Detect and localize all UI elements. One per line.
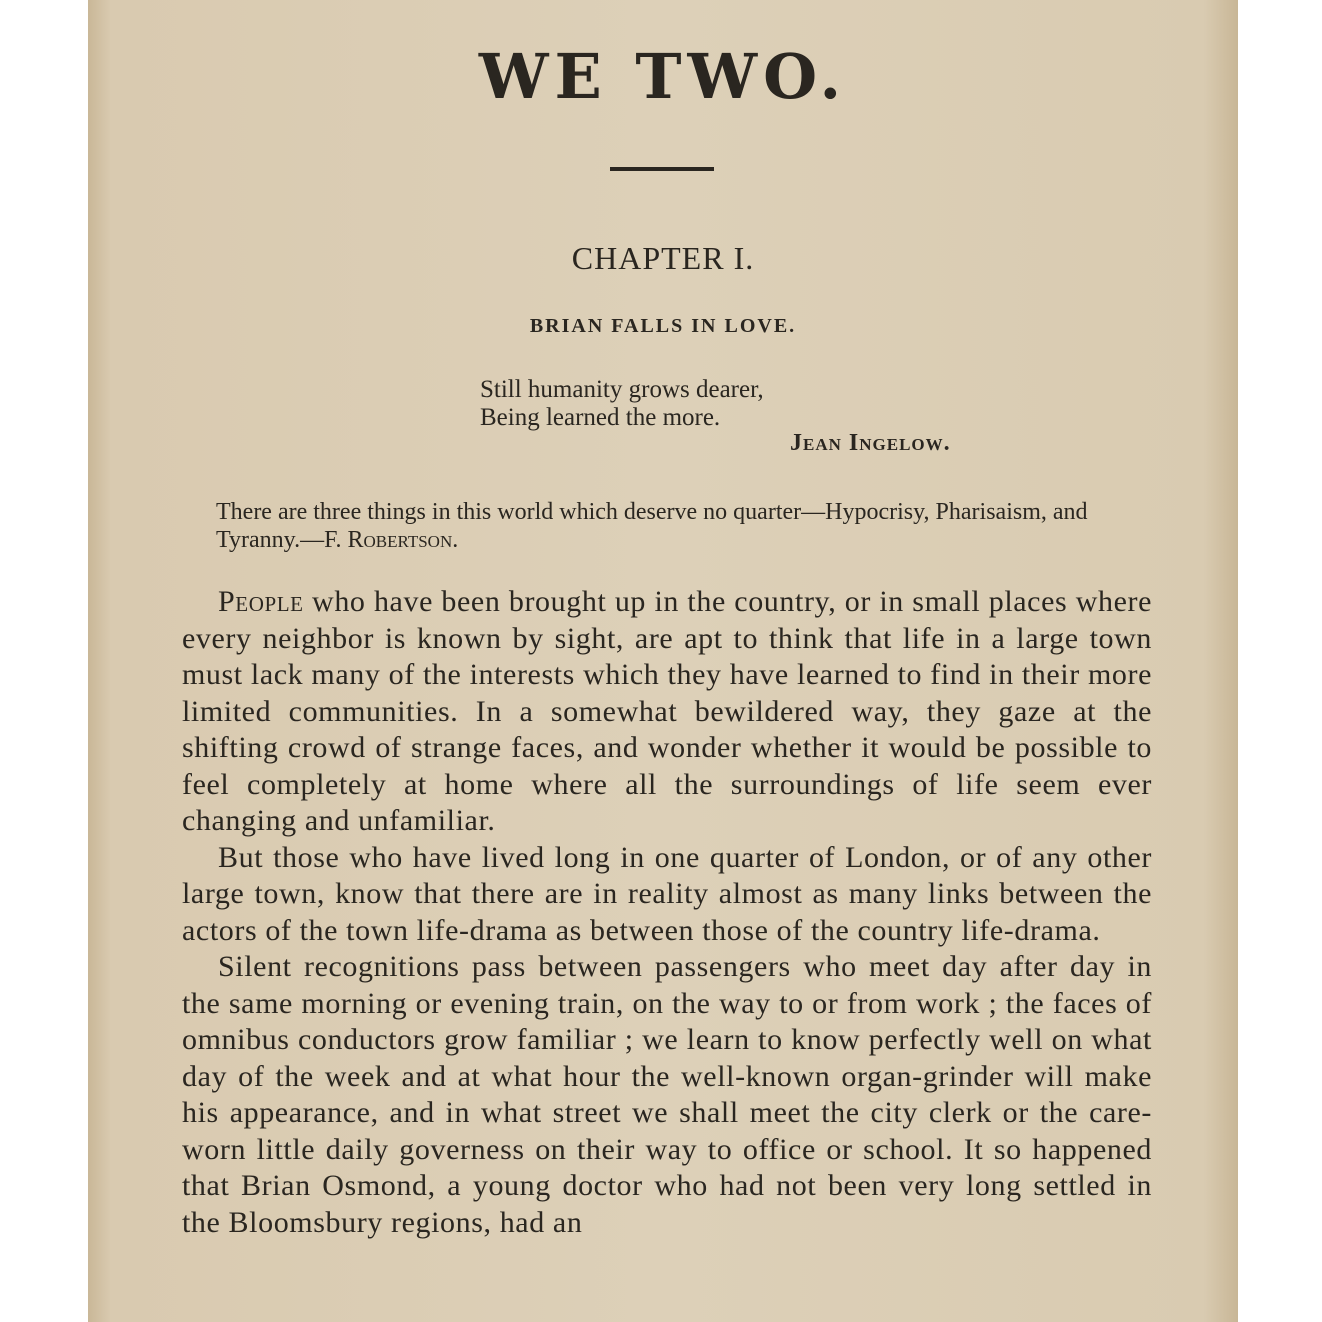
paragraph-1-text: who have been brought up in the country,… — [182, 585, 1152, 837]
paragraph-1: People who have been brought up in the c… — [182, 584, 1152, 840]
epigraph: Still humanity grows dearer, Being learn… — [480, 376, 764, 432]
epigraph-line-1: Still humanity grows dearer, — [480, 376, 764, 404]
book-page: WE TWO. CHAPTER I. BRIAN FALLS IN LOVE. … — [88, 0, 1238, 1322]
chapter-heading: CHAPTER I. — [88, 240, 1238, 277]
epigraph-line-2: Being learned the more. — [480, 404, 764, 432]
quote-author: F. Robertson. — [324, 527, 458, 553]
chapter-body: People who have been brought up in the c… — [182, 584, 1152, 1241]
paragraph-2: But those who have lived long in one qua… — [182, 840, 1152, 950]
quote: There are three things in this world whi… — [216, 498, 1136, 554]
chapter-subtitle: BRIAN FALLS IN LOVE. — [88, 315, 1238, 338]
title-rule-divider — [610, 167, 714, 171]
epigraph-author: Jean Ingelow. — [790, 430, 951, 457]
paragraph-3: Silent recognitions pass between passeng… — [182, 949, 1152, 1241]
book-title: WE TWO. — [88, 40, 1238, 113]
paragraph-1-lead: People — [218, 585, 304, 618]
